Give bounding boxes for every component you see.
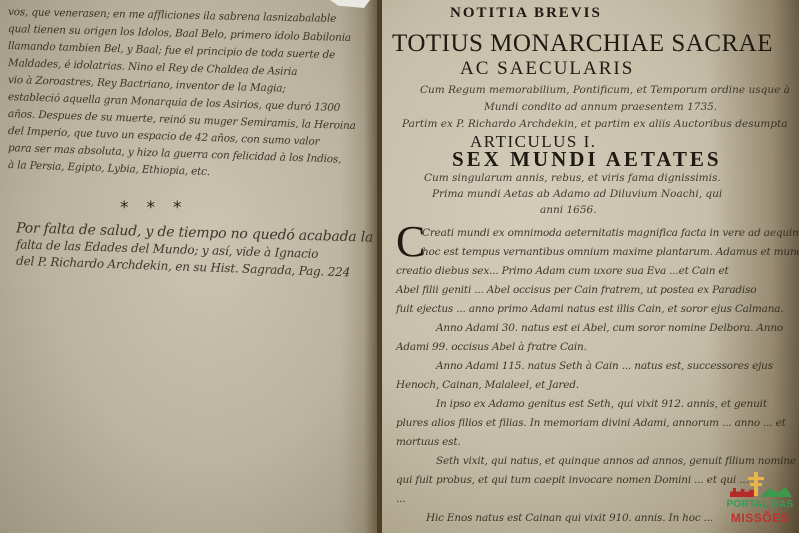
left-page-note: Por falta de salud, y de tiempo no quedó…: [16, 225, 373, 276]
body-line: Creati mundi ex omnimoda aeternitatis ma…: [396, 224, 799, 243]
watermark-line-2: MISSÕES: [724, 511, 796, 525]
asterism-ornament: ***: [120, 198, 200, 218]
watermark-line-1: PORTAL DAS: [724, 499, 796, 510]
title-line-1: TOTIUS MONARCHIAE SACRAE: [392, 30, 773, 58]
subtitle-line: Mundi condito ad annum praesentem 1735.: [484, 101, 717, 113]
body-line: Henoch, Cainan, Malaleel, et Jared.: [396, 376, 799, 395]
section-sub-line: Cum singularum annis, rebus, et viris fa…: [424, 172, 721, 184]
section-title: SEX MUNDI AETATES: [452, 147, 722, 172]
body-line: plures alios filios et filias. In memori…: [396, 414, 799, 433]
body-line: Abel filii geniti ... Abel occisus per C…: [396, 281, 799, 300]
cross-icon-bar: [748, 477, 764, 480]
body-line: hoc est tempus vernantibus omnium maxime…: [396, 243, 799, 262]
body-line: Seth vixit, qui natus, et quinque annos …: [396, 452, 799, 471]
header-notitia-brevis: NOTITIA BREVIS: [450, 5, 602, 22]
hills-icon: [760, 486, 792, 497]
title-line-2: AC SAECULARIS: [460, 58, 634, 80]
portal-das-missoes-watermark: PORTAL DAS MISSÕES: [724, 470, 796, 530]
body-line: Adami 99. occisus Abel à fratre Cain.: [396, 338, 799, 357]
book-gutter: [377, 0, 382, 533]
body-line: creatio diebus sex... Primo Adam cum uxo…: [396, 262, 799, 281]
ruins-icon: [730, 488, 754, 497]
manuscript-photo: vos, que venerasen; en me affliciones il…: [0, 0, 799, 533]
body-line: In ipso ex Adamo genitus est Seth, qui v…: [396, 395, 799, 414]
left-page-text: vos, que venerasen; en me affliciones il…: [8, 4, 356, 174]
section-sub-line: anni 1656.: [540, 204, 597, 216]
subtitle-line: Partim ex P. Richardo Archdekin, et part…: [402, 118, 788, 130]
subtitle-line: Cum Regum memorabilium, Pontificum, et T…: [420, 84, 790, 96]
body-line: fuit ejectus ... anno primo Adami natus …: [396, 300, 799, 319]
cross-icon-bar: [750, 483, 762, 486]
body-line: mortuus est.: [396, 433, 799, 452]
section-sub-line: Prima mundi Aetas ab Adamo ad Diluvium N…: [432, 188, 722, 200]
body-line: Anno Adami 30. natus est ei Abel, cum so…: [396, 319, 799, 338]
body-line: Anno Adami 115. natus Seth à Cain ... na…: [396, 357, 799, 376]
